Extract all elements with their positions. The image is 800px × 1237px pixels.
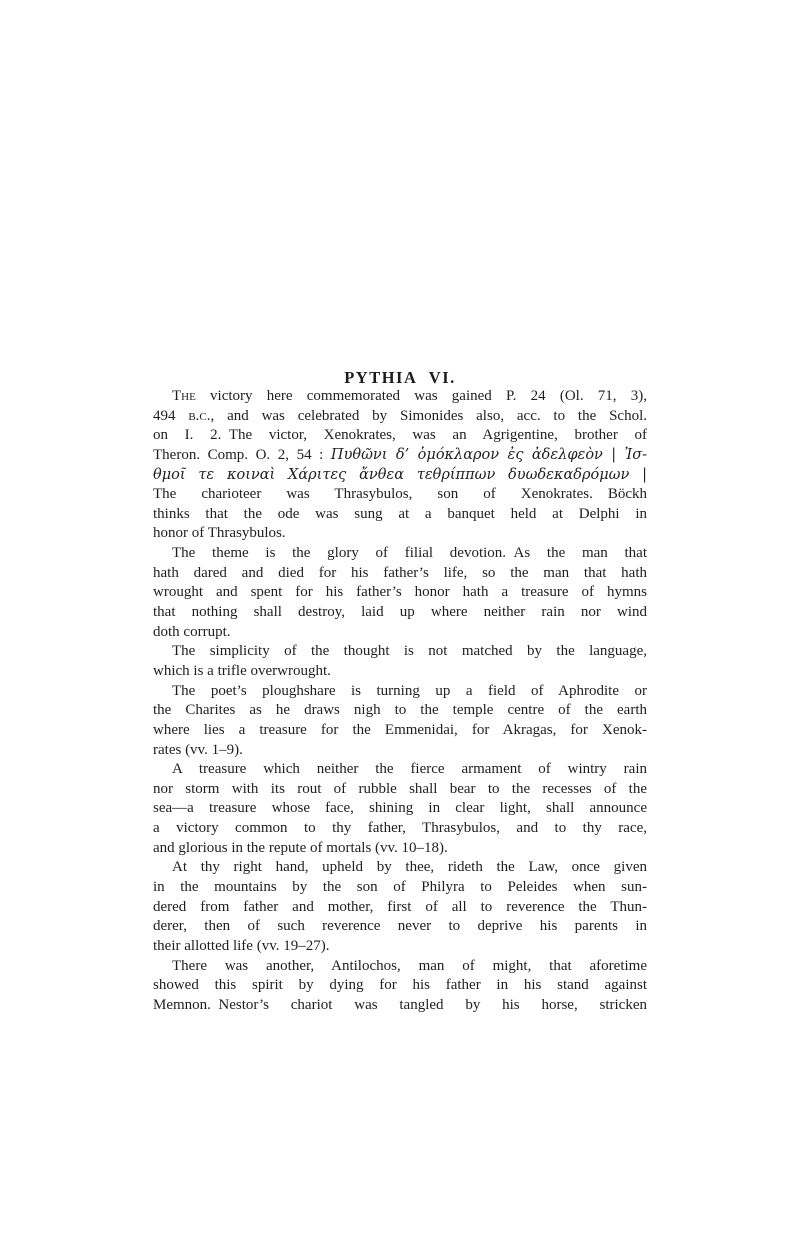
text-line: and glorious in the repute of mortals (v… bbox=[153, 839, 647, 859]
paragraph: The simplicity of the thought is not mat… bbox=[153, 642, 647, 681]
greek-text: θμοῖ τε κοιναὶ Χάριτες ἄνθεα τεθρίππων δ… bbox=[153, 467, 647, 486]
text-line: At thy right hand, upheld by thee, ridet… bbox=[153, 858, 647, 878]
text-line: dered from father and mother, first of a… bbox=[153, 898, 647, 918]
text-line: The simplicity of the thought is not mat… bbox=[153, 642, 647, 662]
text-line: on I. 2. The victor, Xenokrates, was an … bbox=[153, 426, 647, 446]
text-line: The poet’s ploughshare is turning up a f… bbox=[153, 682, 647, 702]
text-line: rates (vv. 1–9). bbox=[153, 741, 647, 761]
text-line: a victory common to thy father, Thrasybu… bbox=[153, 819, 647, 839]
text-line: the Charites as he draws nigh to the tem… bbox=[153, 701, 647, 721]
paragraph: The theme is the glory of filial devotio… bbox=[153, 544, 647, 642]
text-line: which is a trifle overwrought. bbox=[153, 662, 647, 682]
text-line: nor storm with its rout of rubble shall … bbox=[153, 780, 647, 800]
text-line: The charioteer was Thrasybulos, son of X… bbox=[153, 485, 647, 505]
small-caps-text: The bbox=[172, 388, 196, 404]
text-line: hath dared and died for his father’s lif… bbox=[153, 564, 647, 584]
paragraph: The victory here commemorated was gained… bbox=[153, 387, 647, 544]
text-line: A treasure which neither the fierce arma… bbox=[153, 760, 647, 780]
text-line: wrought and spent for his father’s honor… bbox=[153, 583, 647, 603]
text-block: The victory here commemorated was gained… bbox=[153, 387, 647, 1016]
text-line: 494 b.c., and was celebrated by Simonide… bbox=[153, 407, 647, 427]
text-line: honor of Thrasybulos. bbox=[153, 524, 647, 544]
text-line: in the mountains by the son of Philyra t… bbox=[153, 878, 647, 898]
paragraph: There was another, Antilochos, man of mi… bbox=[153, 957, 647, 1016]
small-caps-text: b.c. bbox=[188, 408, 210, 424]
text-line: doth corrupt. bbox=[153, 623, 647, 643]
paragraph: A treasure which neither the fierce arma… bbox=[153, 760, 647, 858]
book-page: PYTHIA VI. The victory here commemorated… bbox=[0, 0, 800, 1237]
paragraph: At thy right hand, upheld by thee, ridet… bbox=[153, 858, 647, 956]
text-line: sea—a treasure whose face, shining in cl… bbox=[153, 799, 647, 819]
text-line: The victory here commemorated was gained… bbox=[153, 387, 647, 407]
text-line: that nothing shall destroy, laid up wher… bbox=[153, 603, 647, 623]
text-line: Theron. Comp. O. 2, 54 : Πυθῶνι δ’ ὁμόκλ… bbox=[153, 446, 647, 466]
page-title: PYTHIA VI. bbox=[153, 368, 647, 388]
text-line: showed this spirit by dying for his fath… bbox=[153, 976, 647, 996]
text-line: The theme is the glory of filial devotio… bbox=[153, 544, 647, 564]
paragraph: The poet’s ploughshare is turning up a f… bbox=[153, 682, 647, 761]
text-line: There was another, Antilochos, man of mi… bbox=[153, 957, 647, 977]
text-line: derer, then of such reverence never to d… bbox=[153, 917, 647, 937]
greek-text: Πυθῶνι δ’ ὁμόκλαρον ἐς ἀδελφεὸν | Ἰσ- bbox=[331, 447, 647, 463]
text-line: θμοῖ τε κοιναὶ Χάριτες ἄνθεα τεθρίππων δ… bbox=[153, 466, 647, 486]
text-line: thinks that the ode was sung at a banque… bbox=[153, 505, 647, 525]
text-line: where lies a treasure for the Emmenidai,… bbox=[153, 721, 647, 741]
text-line: Memnon. Nestor’s chariot was tangled by … bbox=[153, 996, 647, 1016]
text-line: their allotted life (vv. 19–27). bbox=[153, 937, 647, 957]
